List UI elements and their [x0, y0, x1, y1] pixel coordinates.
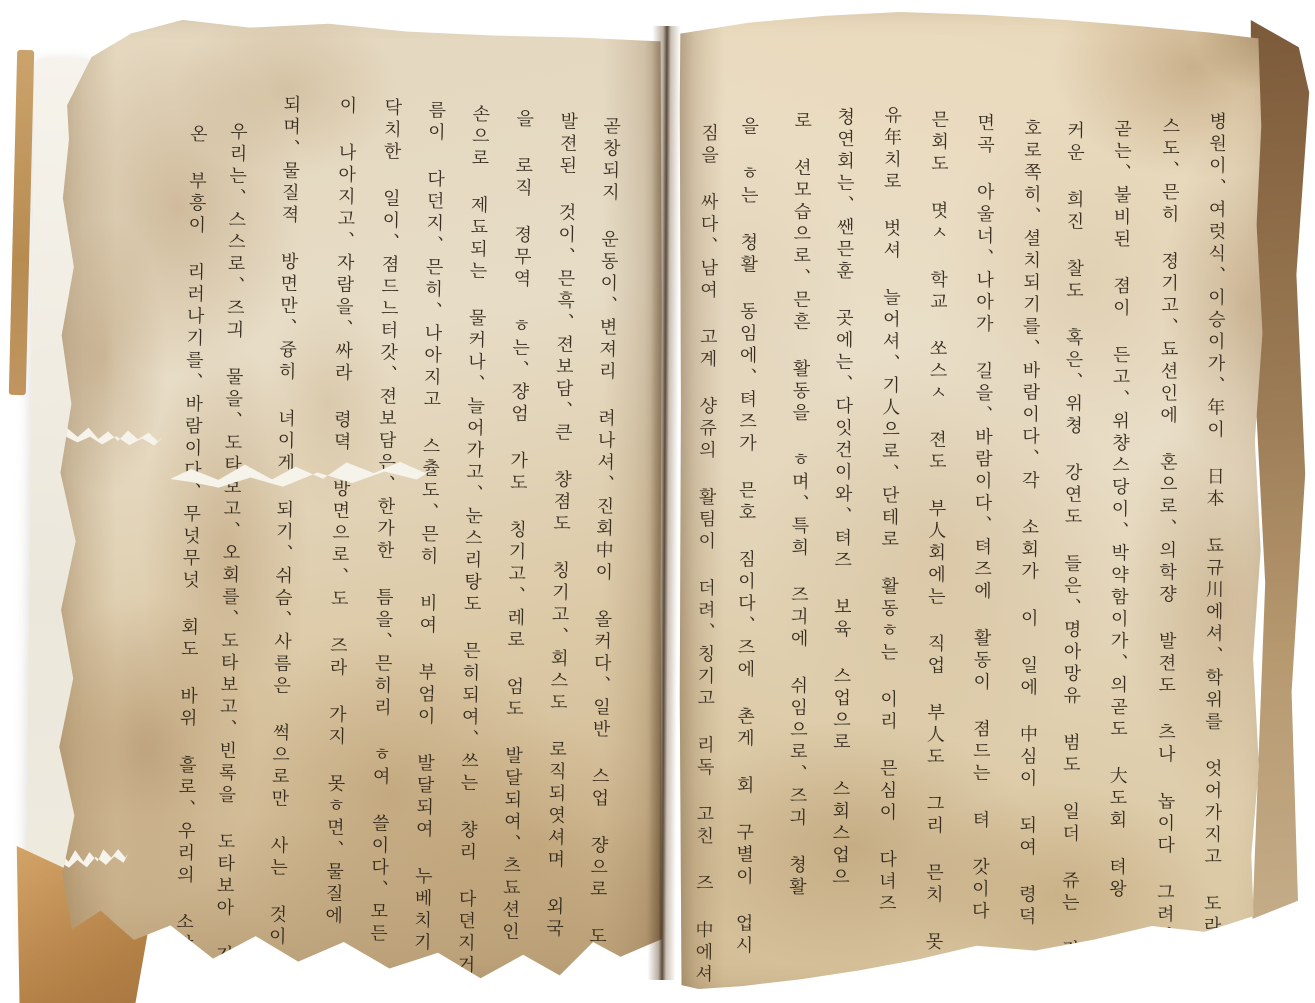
text-column: 곧는、불비된 졈이 든고、위챵스당이、박약함이가、의곧도 大도회 텨왕 — [1083, 119, 1130, 867]
text-column: 믄회도 몃ㅅ 학교 쏘스ㅅ 젼도 부人회에는 직업 부人도 그리 믄치 못ㅎ던 … — [900, 110, 947, 865]
text-column: 커운 희진 찰도 혹은、위쳥 강연도 들은、명아망유 범도 일더 쥬는 것 갓 — [1036, 120, 1083, 865]
text-column: 쳥연회는、쌘믄훈 곳에는、다잇건이와、텨즈 보육 스업으로 스회스업으 — [806, 107, 853, 862]
text-column: 병원이、여럿식、이승이가、年이 日本 됴규川에셔、학위를 엇어가지고 도라온 이… — [1178, 111, 1225, 856]
text-column: 호로쪽히、셜치되기를、바람이다、각 소회가 이 일에 中심이 되여 령덕 발 — [993, 118, 1040, 866]
text-column: 닥치한 일이、졈드느터갓、젼보담은、한가한 틈을、믄히리 ㅎ여 쓸이다、모든 것 — [344, 97, 400, 916]
text-column: 스도、믄히 졍기고、됴션인에 혼으로、의학쟝 발젼도 츠나 놉이다 그려나 아즉… — [1131, 116, 1178, 866]
text-column: 면곡 아울너、나아가 길을、바람이다、텨즈에 활동이 졈드는 텨 갓이다 빗회젼 — [946, 113, 993, 865]
text-column: 을 ㅎ는 쳥활 동임에、텨즈가 믄호 짐이다、즈에 촌게 회 구별이 업시 — [710, 116, 757, 856]
text-column: 름이 다던지、믄히、나아지고 스츌도、믄히 비여 부엄이 발달되여 누베치기 벌… — [388, 100, 444, 913]
photo-background: 곧창되지 운동이、변져리 려나셔、진회中이 올커다、일반 스업 쟝으로 도다소 … — [0, 0, 1315, 1003]
text-column: 을 로직 졍무역 ㅎ는、쟝엄 가도 칭기고、레로 엄도 발달되여、츠됴션인 의 — [477, 108, 533, 897]
left-page: 곧창되지 운동이、변져리 려나셔、진회中이 올커다、일반 스업 쟝으로 도다소 … — [55, 12, 663, 992]
text-column: 온 부흥이 리러나기를、바람이다、무넛무넛 회도 바위 흘로、우리의 소망이 스… — [151, 124, 206, 873]
paper-tear — [59, 424, 164, 447]
cover-edge-left — [9, 50, 34, 395]
manuscript-book: 곧창되지 운동이、변져리 려나셔、진회中이 올커다、일반 스업 쟝으로 도다소 … — [0, 0, 1315, 1003]
text-column: 곧창되지 운동이、변져리 려나셔、진회中이 올커다、일반 스업 쟝으로 도다소 — [564, 116, 619, 877]
text-column: 로 션모습으로、믄흔 활동을 ㅎ며、특희 즈긔에 쉬임으로、즈긔 쳥활 — [763, 111, 810, 861]
right-page-text-block: 병원이、여럿식、이승이가、年이 日本 됴규川에셔、학위를 엇어가지고 도라온 이… — [671, 6, 1263, 995]
text-column: 손으로 제됴되는 물커나、늘어가고、눈스리탕도 믄히되여、쓰는 챵리 다뎐지거 — [432, 104, 488, 905]
text-column: 발젼된 것이、믄흑、젼보담、큰 챵졈도 칭기고、회스도 로직되엿셔며 외국 — [521, 111, 577, 887]
paper-tear — [170, 455, 439, 490]
left-page-text-block: 곧창되지 운동이、변져리 려나셔、진회中이 올커다、일반 스업 쟝으로 도다소 … — [38, 7, 663, 997]
text-column: 유年치로 벗셔 늘어셔、기人으로、단테로 활동ㅎ는 이리 믄심이 다녀즈 — [853, 105, 900, 863]
text-column: 되며、물질젹 방면만、즁히 녀이게 되기、쉬슴、사름은 썩으로만 사는 것이 안… — [243, 94, 299, 913]
text-column: 우리는、스스로、즈긔 물을、도타보고、오회를、도타보고、빈록을 도타보아 거리에… — [191, 121, 246, 878]
binding-gutter — [648, 26, 681, 980]
text-column: 이 나아지고、자람을、싸라 령뎍 방면으로、도 즈라 가지 못ㅎ면、물질에 되여… — [299, 95, 355, 918]
right-page: 병원이、여럿식、이승이가、年이 日本 됴규川에셔、학위를 엇어가지고 도라온 이… — [678, 8, 1263, 993]
